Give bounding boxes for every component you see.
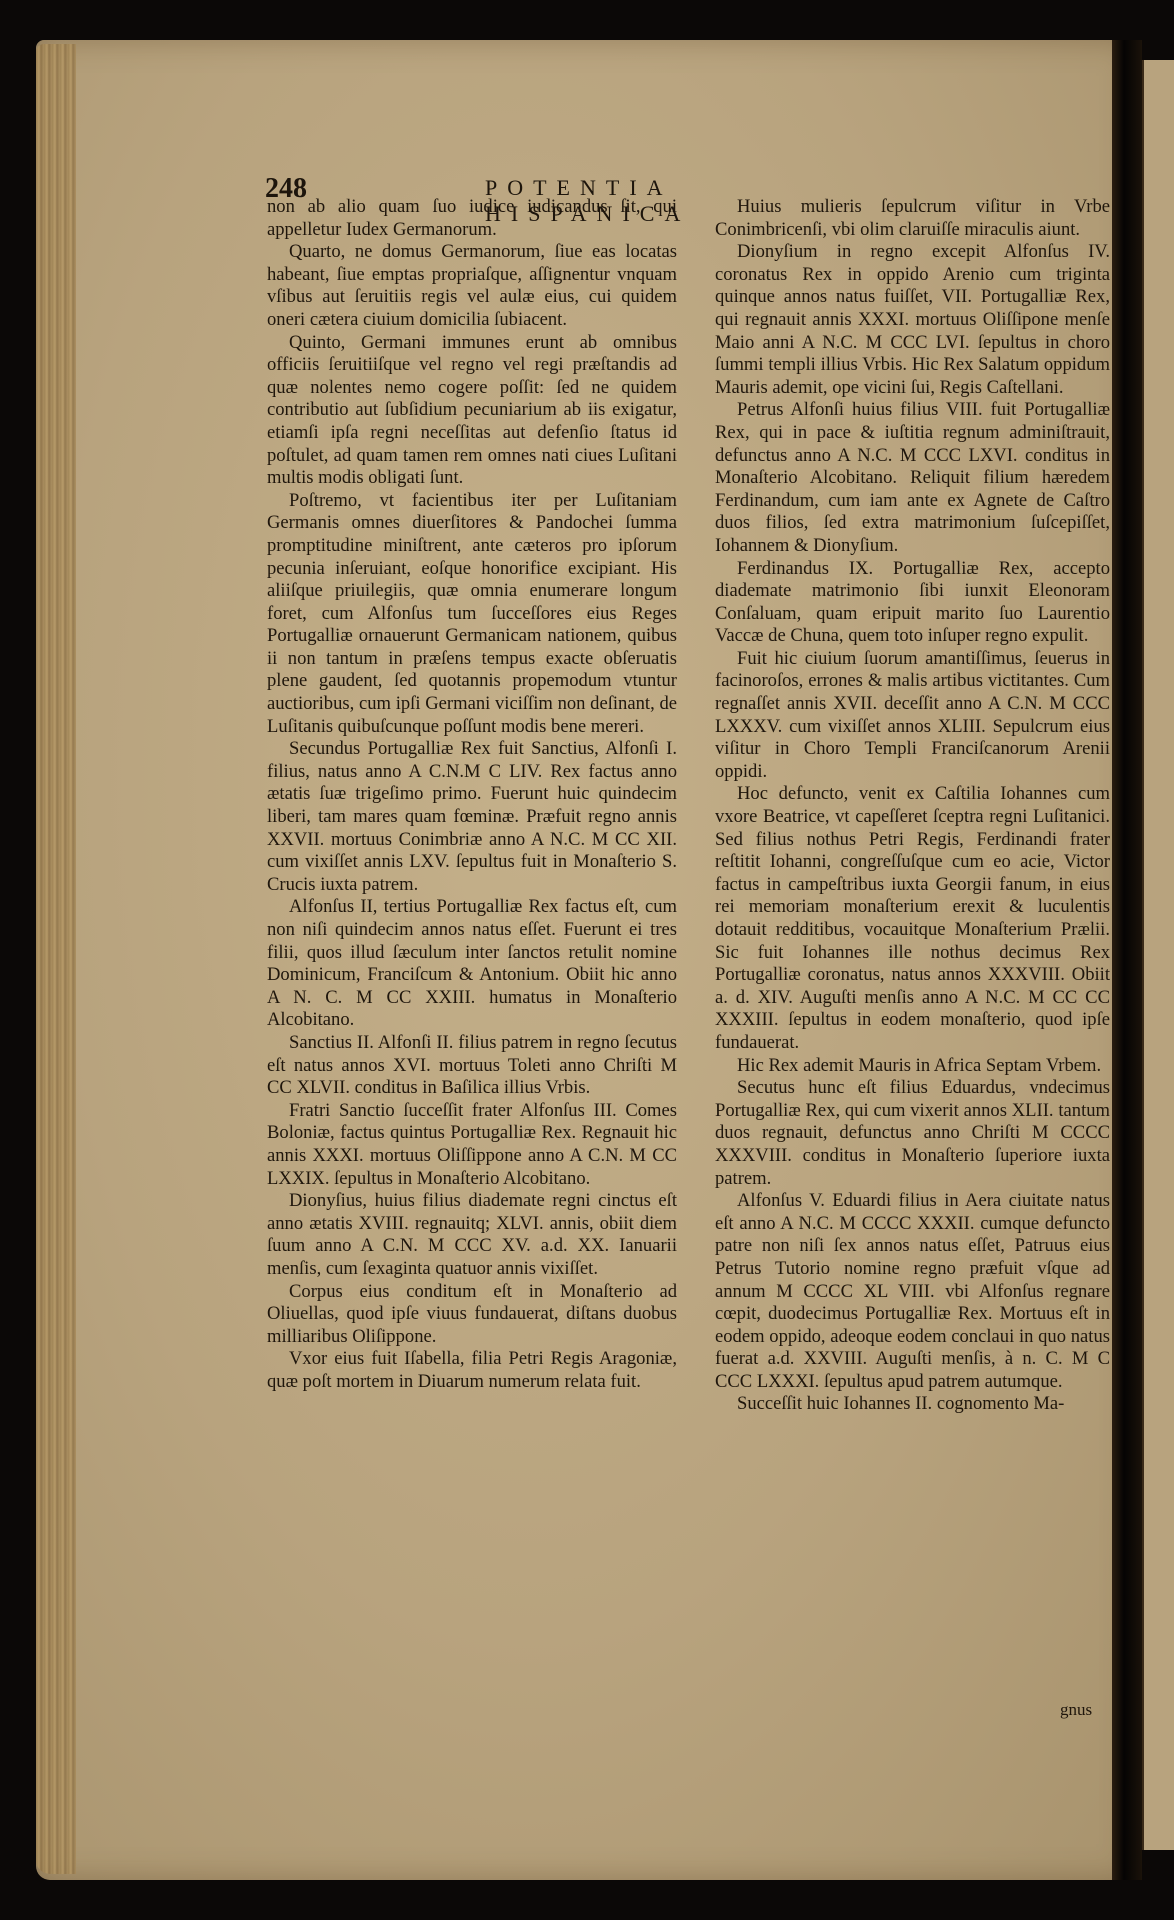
paragraph: Sanctius II. Alfonſi II. filius patrem i… (267, 1032, 677, 1100)
paragraph: Succeſſit huic Iohannes II. cognomento M… (715, 1393, 1110, 1416)
paragraph: Petrus Alfonſi huius filius VIII. fuit P… (715, 399, 1110, 557)
left-column: non ab alio quam ſuo iudice iudicandus ſ… (267, 196, 677, 1393)
paragraph: Alfonſus V. Eduardi filius in Aera ciuit… (715, 1190, 1110, 1393)
paragraph: Alfonſus II, tertius Portugalliæ Rex fac… (267, 896, 677, 1032)
paragraph: Quarto, ne domus Germanorum, ſiue eas lo… (267, 241, 677, 331)
paragraph: Secutus hunc eſt filius Eduardus, vndeci… (715, 1077, 1110, 1190)
paragraph: Dionyſium in regno excepit Alfonſus IV. … (715, 241, 1110, 399)
paragraph: Dionyſius, huius filius diademate regni … (267, 1190, 677, 1280)
catchword: gnus (1060, 1700, 1092, 1720)
paragraph: Hic Rex ademit Mauris in Africa Septam V… (715, 1055, 1110, 1078)
paragraph: Corpus eius conditum eſt in Monaſterio a… (267, 1281, 677, 1349)
paragraph: Ferdinandus IX. Portugalliæ Rex, accepto… (715, 558, 1110, 648)
book-gutter (1112, 40, 1142, 1880)
paragraph: Vxor eius fuit Iſabella, filia Petri Reg… (267, 1348, 677, 1393)
page-edges (36, 44, 76, 1874)
paragraph: Huius mulieris ſepulcrum viſitur in Vrbe… (715, 196, 1110, 241)
paragraph: Quinto, Germani immunes erunt ab omnibus… (267, 332, 677, 490)
paragraph: Poſtremo, vt facientibus iter per Luſita… (267, 490, 677, 739)
facing-page-edge (1142, 60, 1174, 1850)
right-column: Huius mulieris ſepulcrum viſitur in Vrbe… (715, 196, 1110, 1416)
paragraph: non ab alio quam ſuo iudice iudicandus ſ… (267, 196, 677, 241)
paragraph: Secundus Portugalliæ Rex fuit Sanctius, … (267, 738, 677, 896)
paragraph: Fuit hic ciuium ſuorum amantiſſimus, ſeu… (715, 648, 1110, 784)
paragraph: Hoc defuncto, venit ex Caſtilia Iohannes… (715, 783, 1110, 1054)
paragraph: Fratri Sanctio ſucceſſit frater Alfonſus… (267, 1100, 677, 1190)
